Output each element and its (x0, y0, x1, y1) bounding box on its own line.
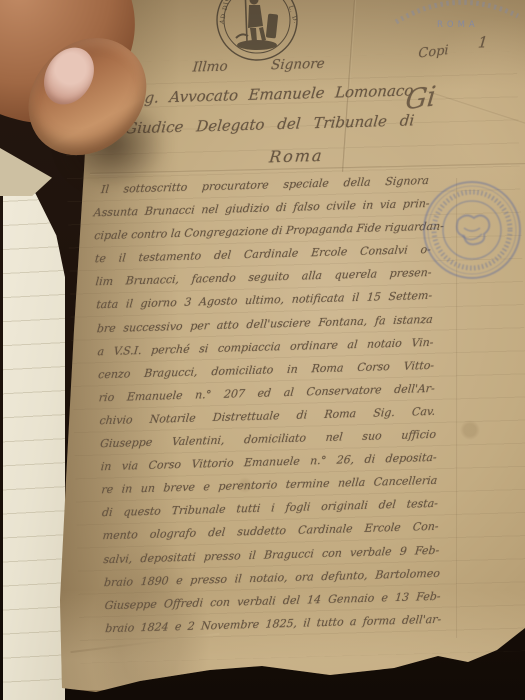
seal-figure-icon (236, 0, 278, 50)
faint-stamp-roma-text: ROMA (437, 20, 479, 30)
hand (0, 0, 162, 200)
paraph-flourish: Gi (404, 81, 438, 117)
blue-ink-stamp-icon (416, 176, 525, 286)
photo-background: AD DIC L. D. ROMA Illmo Signore Sig. Avv… (0, 0, 525, 700)
printed-seal: AD DIC L. D. (212, 0, 302, 73)
city-line: Roma (268, 146, 324, 167)
seal-text-right: L. D. (287, 5, 300, 26)
handwriting-body: Il sottoscritto procuratore speciale del… (93, 169, 442, 640)
